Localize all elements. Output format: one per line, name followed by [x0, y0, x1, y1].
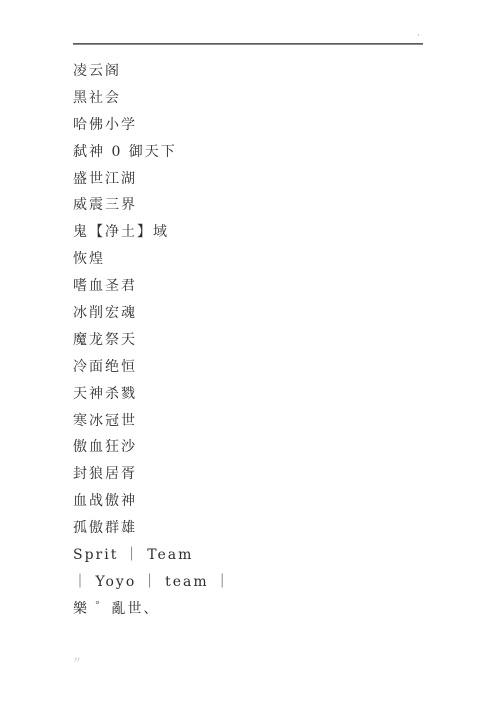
name-line: 天神杀戮 [73, 379, 433, 406]
name-line: 寒冰冠世 [73, 406, 433, 433]
name-line: 冷面绝恒 [73, 352, 433, 379]
name-line: 盛世江湖 [73, 164, 433, 191]
name-line: ｜ Yoyo ｜ team ｜ [73, 567, 433, 594]
name-line: 樂 ゜亂世、 [73, 594, 433, 621]
name-line: 凌云阁 [73, 57, 433, 84]
name-list: 凌云阁黑社会哈佛小学弑神 0 御天下盛世江湖威震三界鬼【净土】域恢煌嗜血圣君冰削… [73, 57, 433, 622]
name-line: 魔龙祭天 [73, 325, 433, 352]
name-line: 封狼居胥 [73, 460, 433, 487]
name-line: Sprit ｜ Team [73, 541, 433, 568]
name-line: 傲血狂沙 [73, 433, 433, 460]
document-page: · 凌云阁黑社会哈佛小学弑神 0 御天下盛世江湖威震三界鬼【净土】域恢煌嗜血圣君… [0, 0, 500, 708]
corner-mark: · [417, 31, 421, 41]
name-line: 血战傲神 [73, 487, 433, 514]
name-line: 威震三界 [73, 191, 433, 218]
horizontal-rule [73, 43, 423, 45]
name-line: 冰削宏魂 [73, 299, 433, 326]
footer-mark: 〃 [72, 652, 82, 667]
name-line: 鬼【净土】域 [73, 218, 433, 245]
name-line: 哈佛小学 [73, 110, 433, 137]
name-line: 孤傲群雄 [73, 514, 433, 541]
name-line: 黑社会 [73, 83, 433, 110]
name-line: 弑神 0 御天下 [73, 137, 433, 164]
name-line: 嗜血圣君 [73, 272, 433, 299]
name-line: 恢煌 [73, 245, 433, 272]
